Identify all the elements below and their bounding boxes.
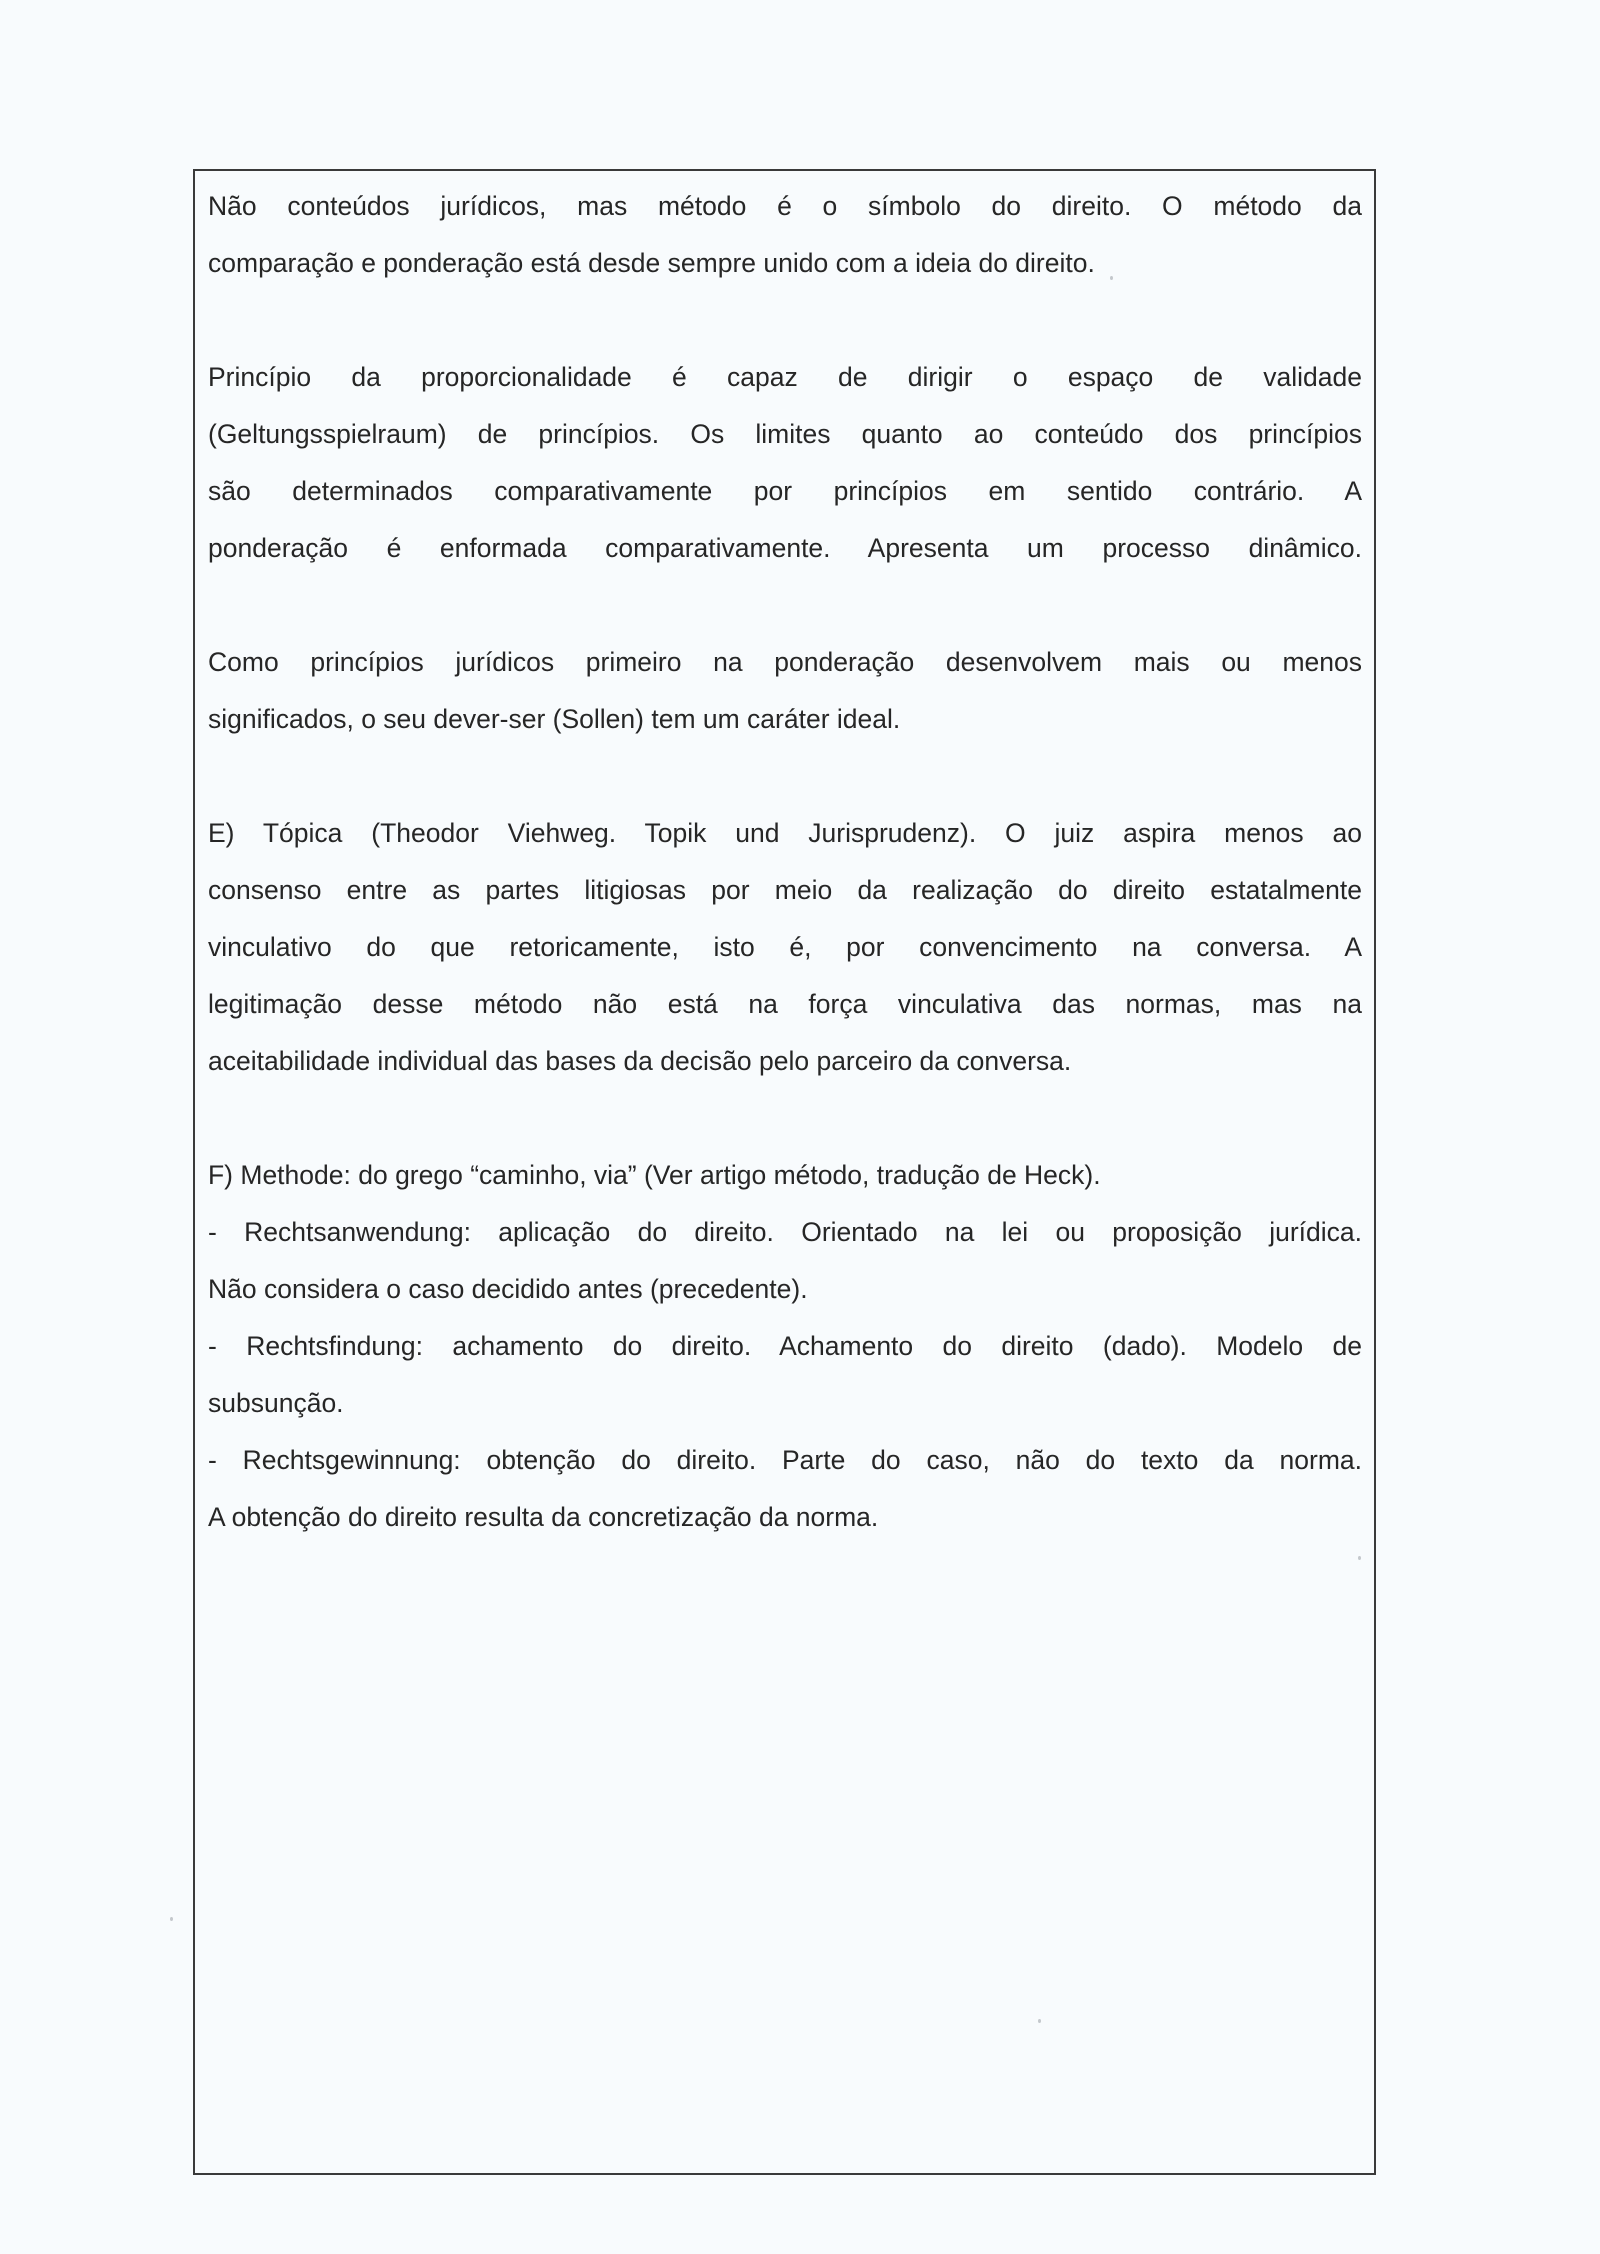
text-line: consenso entre as partes litigiosas por … (208, 862, 1362, 919)
list-item-rechtsanwendung: - Rechtsanwendung: aplicação do direito.… (208, 1204, 1362, 1261)
text-line: são determinados comparativamente por pr… (208, 463, 1362, 520)
list-item-rechtsanwendung-cont: Não considera o caso decidido antes (pre… (208, 1261, 1362, 1318)
text-line: significados, o seu dever-ser (Sollen) t… (208, 691, 1362, 748)
paragraph-principios-juridicos: Como princípios jurídicos primeiro na po… (208, 634, 1362, 748)
text-line: (Geltungsspielraum) de princípios. Os li… (208, 406, 1362, 463)
text-line: Como princípios jurídicos primeiro na po… (208, 634, 1362, 691)
page-content: Não conteúdos jurídicos, mas método é o … (208, 178, 1362, 1546)
text-line: vinculativo do que retoricamente, isto é… (208, 919, 1362, 976)
text-line: legitimação desse método não está na for… (208, 976, 1362, 1033)
scan-speck (1038, 2019, 1041, 2023)
list-item-rechtsgewinnung: - Rechtsgewinnung: obtenção do direito. … (208, 1432, 1362, 1489)
section-methode: F) Methode: do grego “caminho, via” (Ver… (208, 1147, 1362, 1546)
text-line: Princípio da proporcionalidade é capaz d… (208, 349, 1362, 406)
list-item-rechtsfindung: - Rechtsfindung: achamento do direito. A… (208, 1318, 1362, 1375)
text-line: E) Tópica (Theodor Viehweg. Topik und Ju… (208, 805, 1362, 862)
page-frame: Não conteúdos jurídicos, mas método é o … (193, 169, 1376, 2175)
scan-speck (1358, 1556, 1361, 1560)
text-line: aceitabilidade individual das bases da d… (208, 1033, 1362, 1090)
list-item-rechtsgewinnung-cont: A obtenção do direito resulta da concret… (208, 1489, 1362, 1546)
paragraph-topica: E) Tópica (Theodor Viehweg. Topik und Ju… (208, 805, 1362, 1090)
text-line: ponderação é enformada comparativamente.… (208, 520, 1362, 577)
methode-heading: F) Methode: do grego “caminho, via” (Ver… (208, 1147, 1362, 1204)
text-line: comparação e ponderação está desde sempr… (208, 235, 1362, 292)
paragraph-principio-proporcionalidade: Princípio da proporcionalidade é capaz d… (208, 349, 1362, 577)
list-item-rechtsfindung-cont: subsunção. (208, 1375, 1362, 1432)
text-line: Não conteúdos jurídicos, mas método é o … (208, 178, 1362, 235)
scan-speck (170, 1917, 173, 1921)
paragraph-metodo-simbolo: Não conteúdos jurídicos, mas método é o … (208, 178, 1362, 292)
scan-speck (1110, 276, 1113, 280)
